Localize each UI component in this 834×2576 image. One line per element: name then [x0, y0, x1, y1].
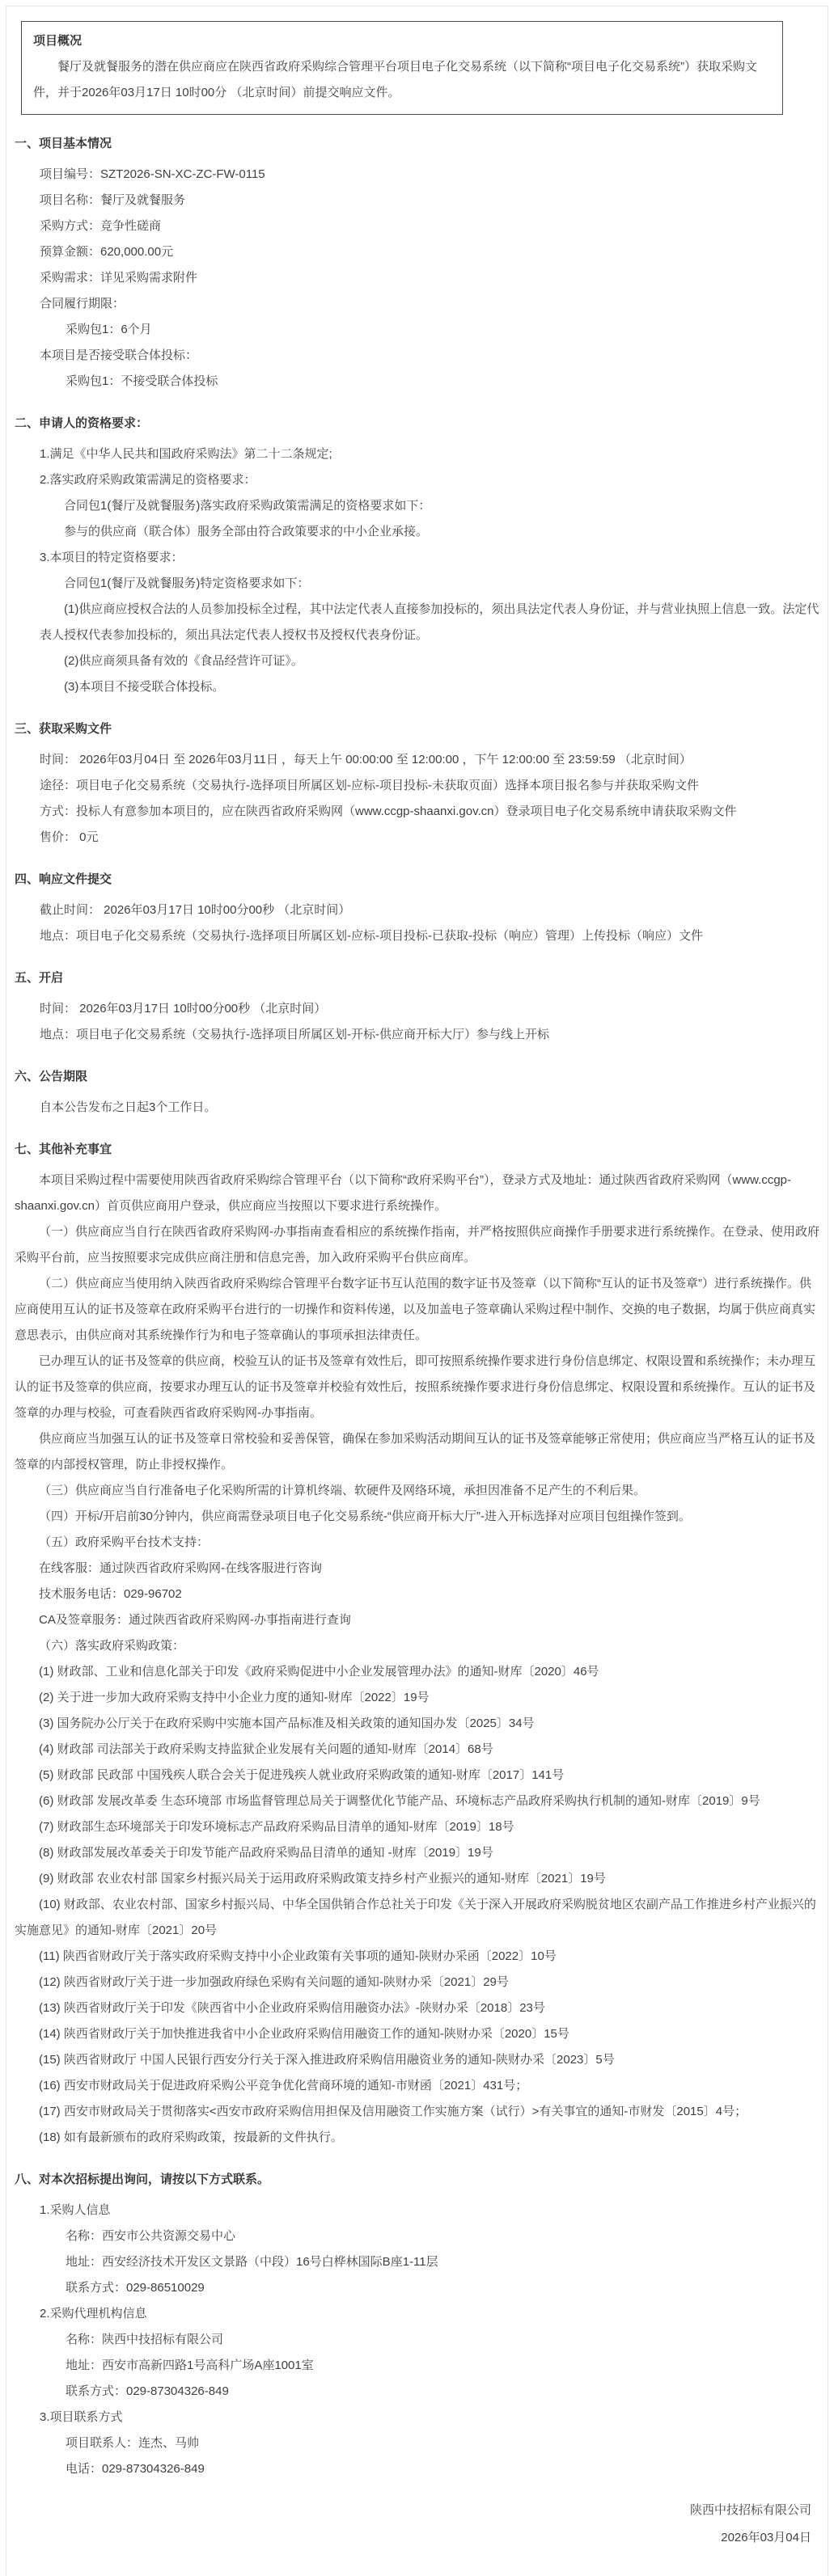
text-line: （二）供应商应当使用纳入陕西省政府采购综合管理平台数字证书互认范围的数字证书及签…: [15, 1271, 819, 1349]
text-line: 自本公告发布之日起3个工作日。: [40, 1095, 819, 1121]
text-line: 时间： 2026年03月17日 10时00分00秒 （北京时间）: [40, 996, 819, 1022]
text-line: （一）供应商应当自行在陕西省政府采购网-办事指南查看相应的系统操作指南，并严格按…: [15, 1219, 819, 1271]
text-line: (1) 财政部、工业和信息化部关于印发《政府采购促进中小企业发展管理办法》的通知…: [15, 1659, 819, 1685]
text-line: 在线客服：通过陕西省政府采购网-在线客服进行咨询: [15, 1556, 819, 1581]
project-overview-box: 项目概况 餐厅及就餐服务的潜在供应商应在陕西省政府采购综合管理平台项目电子化交易…: [21, 21, 783, 115]
text-line: 地点：项目电子化交易系统（交易执行-选择项目所属区划-应标-项目投标-已获取-投…: [40, 923, 819, 949]
text-line: 1.满足《中华人民共和国政府采购法》第二十二条规定;: [40, 441, 819, 467]
text-line: (14) 陕西省财政厅关于加快推进我省中小企业政府采购信用融资工作的通知-陕财办…: [15, 2021, 819, 2047]
text-line: 合同包1(餐厅及就餐服务)特定资格要求如下：: [40, 571, 819, 597]
overview-body: 餐厅及就餐服务的潜在供应商应在陕西省政府采购综合管理平台项目电子化交易系统（以下…: [33, 54, 771, 106]
text-line: 项目名称：餐厅及就餐服务: [40, 188, 819, 213]
text-line: 项目联系人：连杰、马帅: [66, 2430, 819, 2456]
text-line: (3)本项目不接受联合体投标。: [40, 674, 819, 700]
text-line: 名称：陕西中技招标有限公司: [66, 2327, 819, 2353]
text-line: 联系方式：029-87304326-849: [66, 2379, 819, 2405]
text-line: (4) 财政部 司法部关于政府采购支持监狱企业发展有关问题的通知-财库〔2014…: [15, 1737, 819, 1763]
text-line: (11) 陕西省财政厅关于落实政府采购支持中小企业政策有关事项的通知-陕财办采函…: [15, 1944, 819, 1970]
text-line: 名称：西安市公共资源交易中心: [66, 2223, 819, 2249]
text-line: (2)供应商须具备有效的《食品经营许可证》。: [40, 648, 819, 674]
text-line: （四）开标/开启前30分钟内，供应商需登录项目电子化交易系统-“供应商开标大厅”…: [15, 1504, 819, 1530]
section-heading: 七、其他补充事宜: [15, 1137, 819, 1163]
announcement-page: 项目概况 餐厅及就餐服务的潜在供应商应在陕西省政府采购综合管理平台项目电子化交易…: [6, 6, 828, 2576]
text-line: 合同包1(餐厅及就餐服务)落实政府采购政策需满足的资格要求如下：: [40, 493, 819, 519]
text-line: (12) 陕西省财政厅关于进一步加强政府绿色采购有关问题的通知-陕财办采〔202…: [15, 1970, 819, 1995]
text-line: （三）供应商应当自行准备电子化采购所需的计算机终端、软硬件及网络环境，承担因准备…: [15, 1478, 819, 1504]
text-line: 地址：西安市高新四路1号高科广场A座1001室: [66, 2353, 819, 2379]
text-line: (8) 财政部发展改革委关于印发节能产品政府采购品目清单的通知 -财库〔2019…: [15, 1840, 819, 1866]
text-line: (15) 陕西省财政厅 中国人民银行西安分行关于深入推进政府采购信用融资业务的通…: [15, 2047, 819, 2073]
text-line: (6) 财政部 发展改革委 生态环境部 市场监督管理总局关于调整优化节能产品、环…: [15, 1788, 819, 1814]
page-footer: 陕西中技招标有限公司 2026年03月04日: [15, 2497, 819, 2552]
section-heading: 三、获取采购文件: [15, 716, 819, 742]
text-line: 电话：029-87304326-849: [66, 2456, 819, 2482]
text-line: CA及签章服务：通过陕西省政府采购网-办事指南进行查询: [15, 1607, 819, 1633]
text-line: 采购包1：不接受联合体投标: [66, 369, 819, 395]
text-line: (1)供应商应授权合法的人员参加投标全过程，其中法定代表人直接参加投标的，须出具…: [40, 597, 819, 648]
text-line: (10) 财政部、农业农村部、国家乡村振兴局、中华全国供销合作总社关于印发《关于…: [15, 1892, 819, 1944]
text-line: (3) 国务院办公厅关于在政府采购中实施本国产品标准及相关政策的通知国办发〔20…: [15, 1711, 819, 1737]
text-line: (5) 财政部 民政部 中国残疾人联合会关于促进残疾人就业政府采购政策的通知-财…: [15, 1763, 819, 1788]
section-heading: 五、开启: [15, 965, 819, 991]
text-line: 途径：项目电子化交易系统（交易执行-选择项目所属区划-应标-项目投标-未获取页面…: [40, 773, 819, 799]
text-line: 采购包1：6个月: [66, 317, 819, 343]
text-line: 地址：西安经济技术开发区文景路（中段）16号白桦林国际B座1-11层: [66, 2249, 819, 2275]
overview-title: 项目概况: [33, 28, 771, 54]
text-line: 预算金额：620,000.00元: [40, 239, 819, 265]
text-line: 联系方式：029-86510029: [66, 2275, 819, 2301]
text-line: 2.采购代理机构信息: [40, 2301, 819, 2327]
text-line: (13) 陕西省财政厅关于印发《陕西省中小企业政府采购信用融资办法》-陕财办采〔…: [15, 1995, 819, 2021]
text-line: 地点：项目电子化交易系统（交易执行-选择项目所属区划-开标-供应商开标大厅）参与…: [40, 1022, 819, 1048]
text-line: (9) 财政部 农业农村部 国家乡村振兴局关于运用政府采购政策支持乡村产业振兴的…: [15, 1866, 819, 1892]
text-line: 已办理互认的证书及签章的供应商，校验互认的证书及签章有效性后，即可按照系统操作要…: [15, 1349, 819, 1426]
text-line: 售价： 0元: [40, 825, 819, 851]
section-heading: 四、响应文件提交: [15, 867, 819, 893]
text-line: （六）落实政府采购政策：: [15, 1633, 819, 1659]
text-line: 1.采购人信息: [40, 2198, 819, 2223]
text-line: (18) 如有最新颁布的政府采购政策，按最新的文件执行。: [15, 2125, 819, 2151]
text-line: 技术服务电话：029-96702: [15, 1581, 819, 1607]
text-line: 3.本项目的特定资格要求：: [40, 545, 819, 571]
text-line: 本项目采购过程中需要使用陕西省政府采购综合管理平台（以下简称“政府采购平台”），…: [15, 1168, 819, 1219]
text-line: 2.落实政府采购政策需满足的资格要求：: [40, 467, 819, 493]
text-line: 3.项目联系方式: [40, 2405, 819, 2430]
sections-container: 一、项目基本情况项目编号：SZT2026-SN-XC-ZC-FW-0115项目名…: [15, 131, 819, 2482]
section-heading: 一、项目基本情况: [15, 131, 819, 157]
text-line: 本项目是否接受联合体投标：: [40, 343, 819, 369]
text-line: （五）政府采购平台技术支持：: [15, 1530, 819, 1556]
text-line: (17) 西安市财政局关于贯彻落实<西安市政府采购信用担保及信用融资工作实施方案…: [15, 2099, 819, 2125]
text-line: 时间： 2026年03月04日 至 2026年03月11日 ，每天上午 00:0…: [40, 747, 819, 773]
text-line: (7) 财政部生态环境部关于印发环境标志产品政府采购品目清单的通知-财库〔201…: [15, 1814, 819, 1840]
text-line: 供应商应当加强互认的证书及签章日常校验和妥善保管，确保在参加采购活动期间互认的证…: [15, 1426, 819, 1478]
text-line: 采购需求：详见采购需求附件: [40, 265, 819, 291]
text-line: 项目编号：SZT2026-SN-XC-ZC-FW-0115: [40, 162, 819, 188]
text-line: 方式：投标人有意参加本项目的，应在陕西省政府采购网（www.ccgp-shaan…: [40, 799, 819, 825]
text-line: (16) 西安市财政局关于促进政府采购公平竞争优化营商环境的通知-市财函〔202…: [15, 2073, 819, 2099]
text-line: 参与的供应商（联合体）服务全部由符合政策要求的中小企业承接。: [40, 519, 819, 545]
section-heading: 二、申请人的资格要求：: [15, 411, 819, 437]
text-line: 采购方式：竞争性磋商: [40, 213, 819, 239]
section-heading: 六、公告期限: [15, 1064, 819, 1090]
text-line: 合同履行期限：: [40, 291, 819, 317]
footer-date: 2026年03月04日: [15, 2524, 811, 2552]
footer-company: 陕西中技招标有限公司: [15, 2497, 811, 2524]
text-line: (2) 关于进一步加大政府采购支持中小企业力度的通知-财库〔2022〕19号: [15, 1685, 819, 1711]
text-line: 截止时间： 2026年03月17日 10时00分00秒 （北京时间）: [40, 897, 819, 923]
section-heading: 八、对本次招标提出询问，请按以下方式联系。: [15, 2167, 819, 2193]
